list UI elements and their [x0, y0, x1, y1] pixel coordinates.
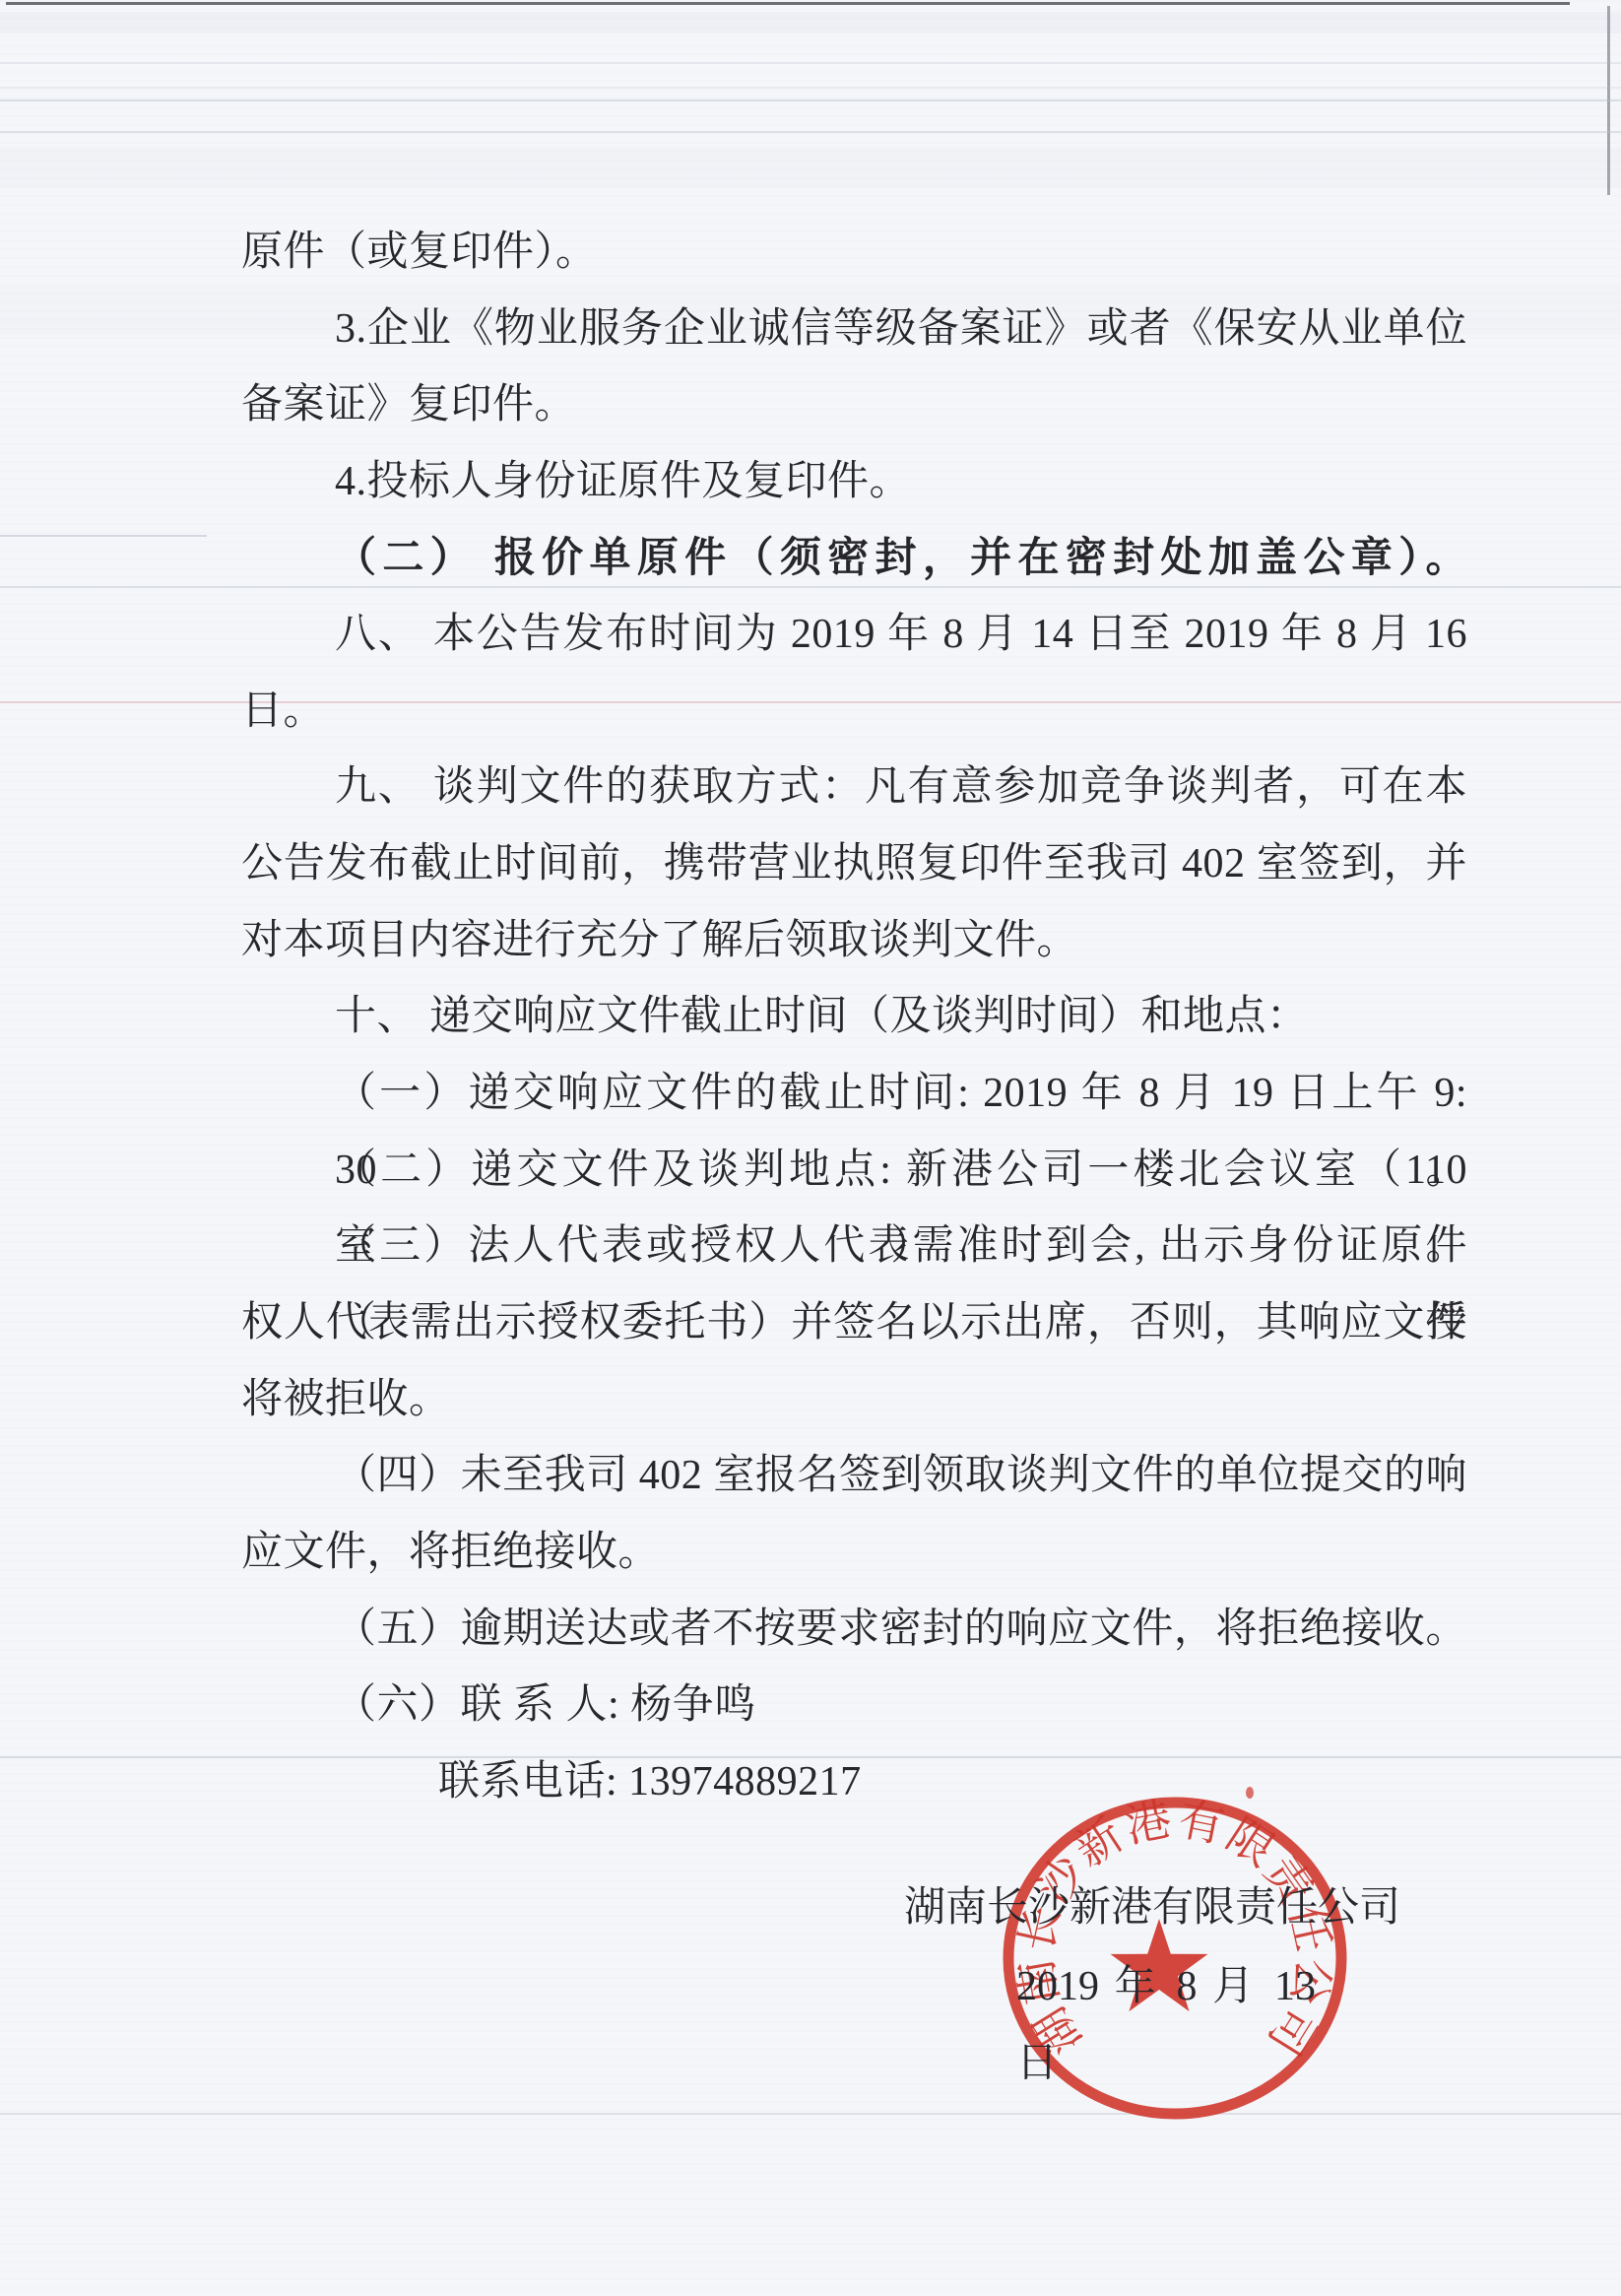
body-line: 九、 谈判文件的获取方式：凡有意参加竞争谈判者，可在本	[241, 750, 1467, 826]
scan-artifact-streak	[0, 62, 1621, 64]
body-line: 权人代表需出示授权委托书）并签名以示出席，否则，其响应文件	[241, 1285, 1467, 1362]
scan-artifact-right-line	[1607, 6, 1610, 195]
body-line: 应文件，将拒绝接收。	[241, 1515, 1467, 1592]
scan-artifact-streak	[0, 87, 1621, 89]
body-line: 十、 递交响应文件截止时间（及谈判时间）和地点：	[241, 979, 1467, 1056]
body-line: （一）递交响应文件的截止时间: 2019 年 8 月 19 日上午 9: 30。	[241, 1056, 1467, 1133]
body-line: 日。	[241, 674, 1467, 751]
scan-artifact-streak	[0, 131, 1621, 133]
scan-artifact-streak	[0, 99, 1621, 101]
body-line-bold: （二） 报价单原件（须密封，并在密封处加盖公章）。	[241, 521, 1467, 598]
contact-phone-line: 联系电话: 13974889217	[241, 1744, 1467, 1821]
scan-artifact-streak	[0, 535, 207, 537]
signature-date: 2019 年 8 月 13 日	[1016, 1948, 1316, 2025]
scan-artifact-band	[0, 12, 1621, 33]
body-line: 公告发布截止时间前，携带营业执照复印件至我司 402 室签到，并	[241, 826, 1467, 903]
body-line: （五）逾期送达或者不按要求密封的响应文件，将拒绝接收。	[241, 1592, 1467, 1669]
body-line: 4.投标人身份证原件及复印件。	[241, 444, 1467, 521]
body-line: 原件（或复印件）。	[241, 215, 1467, 292]
scanned-document-page: 原件（或复印件）。 3.企业《物业服务企业诚信等级备案证》或者《保安从业单位 备…	[0, 0, 1621, 2296]
contact-person-line: （六）联 系 人: 杨争鸣	[241, 1668, 1467, 1744]
body-line: 将被拒收。	[241, 1362, 1467, 1439]
body-line: （三）法人代表或授权人代表需准时到会, 出示身份证原件（授	[241, 1209, 1467, 1285]
signature-company: 湖南长沙新港有限责任公司	[904, 1870, 1400, 1946]
body-line: （四）未至我司 402 室报名签到领取谈判文件的单位提交的响	[241, 1438, 1467, 1515]
body-line: 3.企业《物业服务企业诚信等级备案证》或者《保安从业单位	[241, 292, 1467, 368]
body-line: 备案证》复印件。	[241, 367, 1467, 444]
scan-artifact-band	[0, 148, 1621, 187]
scan-artifact-streak	[0, 2113, 1621, 2115]
body-line: 对本项目内容进行充分了解后领取谈判文件。	[241, 903, 1467, 980]
body-line: （二）递交文件及谈判地点: 新港公司一楼北会议室（110 室）。	[241, 1133, 1467, 1210]
body-line: 八、 本公告发布时间为 2019 年 8 月 14 日至 2019 年 8 月 …	[241, 597, 1467, 674]
scan-artifact-top-line	[6, 2, 1570, 5]
document-body: 原件（或复印件）。 3.企业《物业服务企业诚信等级备案证》或者《保安从业单位 备…	[241, 215, 1467, 1820]
